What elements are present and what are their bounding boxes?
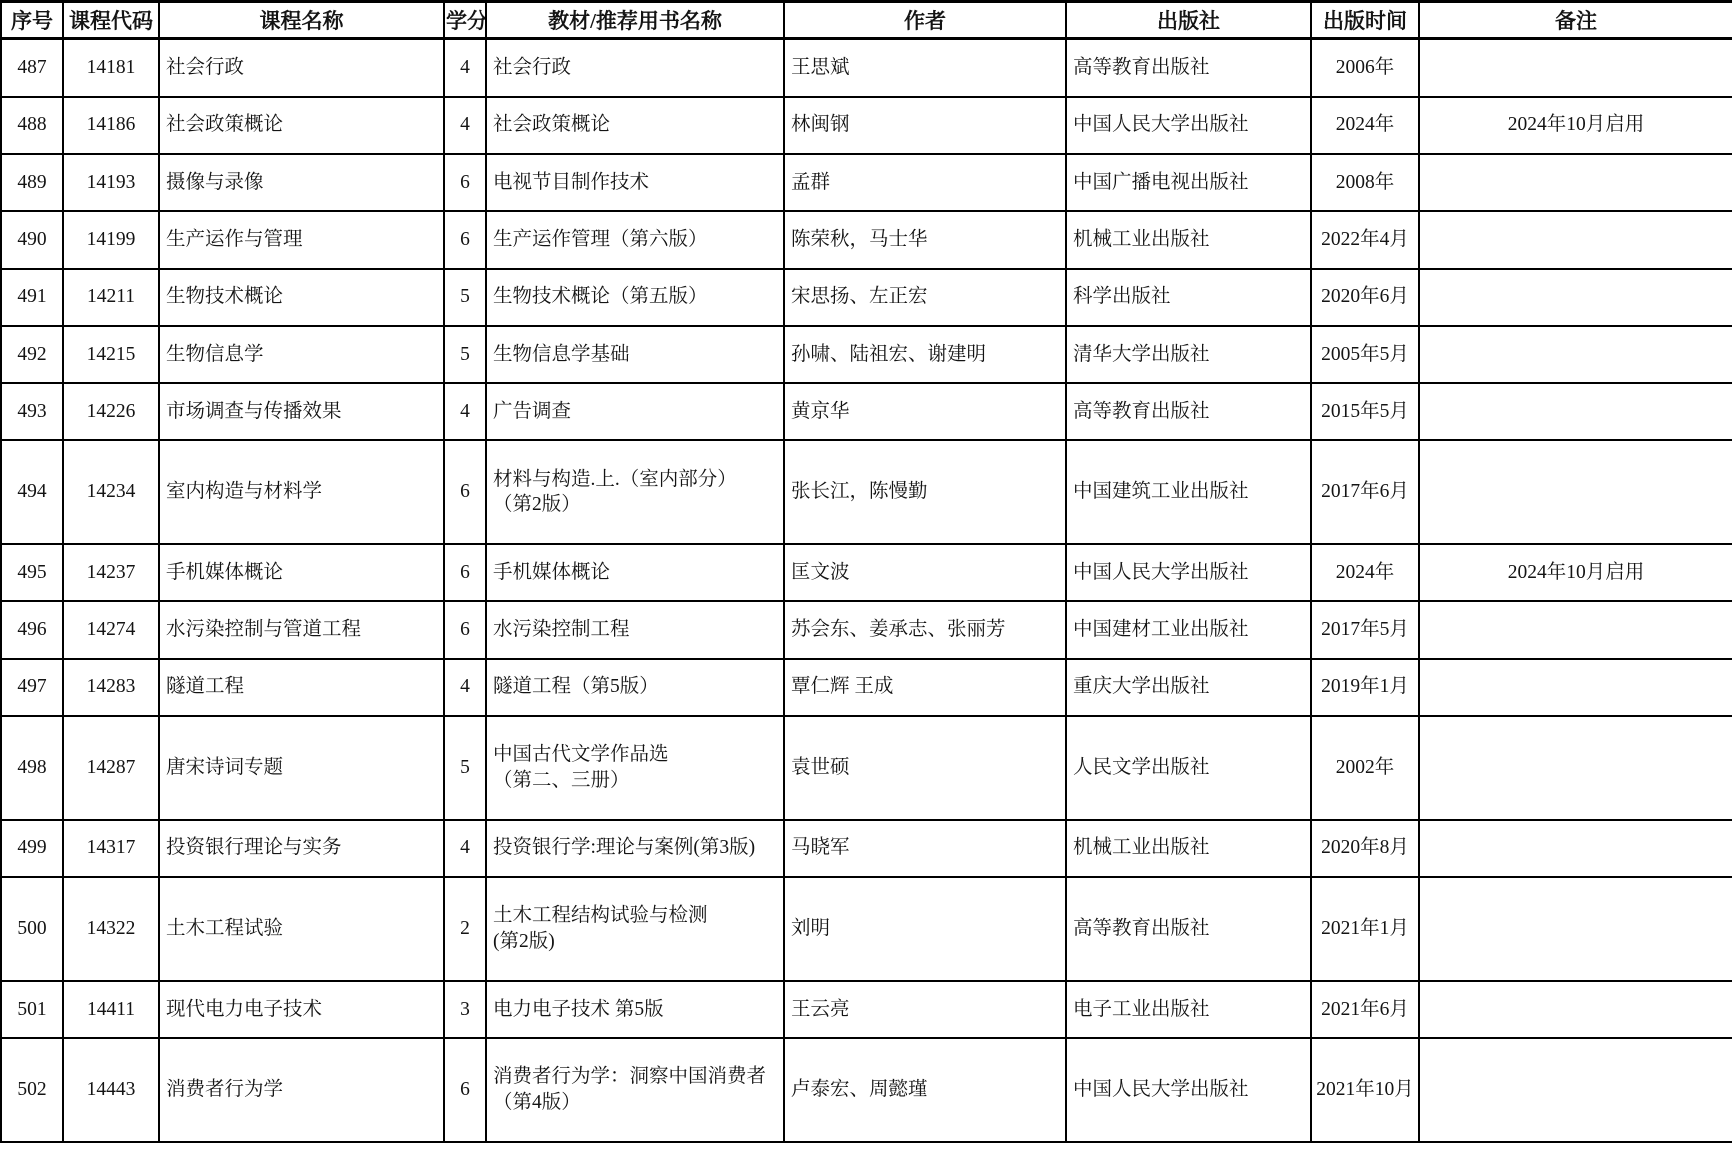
cell-credits: 4	[444, 39, 486, 97]
cell-pub_date: 2019年1月	[1311, 659, 1419, 716]
cell-index: 492	[1, 326, 63, 383]
cell-pub_date: 2020年8月	[1311, 820, 1419, 877]
cell-textbook: 隧道工程（第5版）	[486, 659, 784, 716]
cell-credits: 3	[444, 981, 486, 1038]
table-row: 49914317投资银行理论与实务4投资银行学:理论与案例(第3版)马晓军机械工…	[1, 820, 1732, 877]
cell-code: 14186	[63, 97, 159, 154]
cell-index: 496	[1, 601, 63, 658]
cell-textbook: 社会政策概论	[486, 97, 784, 154]
cell-credits: 4	[444, 97, 486, 154]
cell-pub_date: 2024年	[1311, 97, 1419, 154]
cell-credits: 2	[444, 877, 486, 981]
cell-author: 卢泰宏、周懿瑾	[784, 1038, 1066, 1142]
cell-note	[1419, 326, 1732, 383]
cell-index: 502	[1, 1038, 63, 1142]
cell-textbook: 材料与构造.上.（室内部分） （第2版）	[486, 440, 784, 544]
cell-note: 2024年10月启用	[1419, 544, 1732, 601]
cell-credits: 5	[444, 269, 486, 326]
cell-name: 社会行政	[159, 39, 444, 97]
cell-credits: 6	[444, 601, 486, 658]
column-header-credits: 学分	[444, 2, 486, 39]
cell-index: 500	[1, 877, 63, 981]
table-row: 49714283隧道工程4隧道工程（第5版）覃仁辉 王成重庆大学出版社2019年…	[1, 659, 1732, 716]
cell-textbook: 电力电子技术 第5版	[486, 981, 784, 1038]
table-row: 48814186社会政策概论4社会政策概论林闽钢中国人民大学出版社2024年20…	[1, 97, 1732, 154]
cell-credits: 6	[444, 544, 486, 601]
table-row: 49414234室内构造与材料学6材料与构造.上.（室内部分） （第2版）张长江…	[1, 440, 1732, 544]
cell-publisher: 高等教育出版社	[1066, 877, 1311, 981]
cell-name: 室内构造与材料学	[159, 440, 444, 544]
cell-name: 投资银行理论与实务	[159, 820, 444, 877]
table-row: 48914193摄像与录像6电视节目制作技术孟群中国广播电视出版社2008年	[1, 154, 1732, 211]
cell-index: 487	[1, 39, 63, 97]
cell-author: 王思斌	[784, 39, 1066, 97]
cell-author: 宋思扬、左正宏	[784, 269, 1066, 326]
cell-index: 494	[1, 440, 63, 544]
cell-credits: 4	[444, 383, 486, 440]
cell-note	[1419, 440, 1732, 544]
table-row: 48714181社会行政4社会行政王思斌高等教育出版社2006年	[1, 39, 1732, 97]
table-row: 49214215生物信息学5生物信息学基础孙啸、陆祖宏、谢建明清华大学出版社20…	[1, 326, 1732, 383]
cell-code: 14443	[63, 1038, 159, 1142]
cell-code: 14317	[63, 820, 159, 877]
column-header-pub_date: 出版时间	[1311, 2, 1419, 39]
cell-note	[1419, 601, 1732, 658]
cell-author: 马晓军	[784, 820, 1066, 877]
cell-code: 14181	[63, 39, 159, 97]
cell-code: 14411	[63, 981, 159, 1038]
cell-index: 498	[1, 716, 63, 820]
cell-name: 市场调查与传播效果	[159, 383, 444, 440]
cell-author: 匡文波	[784, 544, 1066, 601]
cell-pub_date: 2017年5月	[1311, 601, 1419, 658]
table-body: 48714181社会行政4社会行政王思斌高等教育出版社2006年48814186…	[1, 39, 1732, 1143]
cell-name: 社会政策概论	[159, 97, 444, 154]
cell-name: 生物信息学	[159, 326, 444, 383]
cell-textbook: 投资银行学:理论与案例(第3版)	[486, 820, 784, 877]
cell-index: 493	[1, 383, 63, 440]
cell-publisher: 机械工业出版社	[1066, 211, 1311, 268]
cell-pub_date: 2021年1月	[1311, 877, 1419, 981]
cell-publisher: 高等教育出版社	[1066, 39, 1311, 97]
cell-pub_date: 2021年6月	[1311, 981, 1419, 1038]
cell-note	[1419, 383, 1732, 440]
cell-name: 消费者行为学	[159, 1038, 444, 1142]
cell-pub_date: 2002年	[1311, 716, 1419, 820]
cell-index: 491	[1, 269, 63, 326]
cell-textbook: 中国古代文学作品选 （第二、三册）	[486, 716, 784, 820]
cell-credits: 6	[444, 154, 486, 211]
table-row: 49514237手机媒体概论6手机媒体概论匡文波中国人民大学出版社2024年20…	[1, 544, 1732, 601]
cell-publisher: 中国人民大学出版社	[1066, 544, 1311, 601]
cell-pub_date: 2008年	[1311, 154, 1419, 211]
cell-author: 孙啸、陆祖宏、谢建明	[784, 326, 1066, 383]
cell-pub_date: 2005年5月	[1311, 326, 1419, 383]
cell-index: 490	[1, 211, 63, 268]
cell-publisher: 中国人民大学出版社	[1066, 97, 1311, 154]
cell-publisher: 中国广播电视出版社	[1066, 154, 1311, 211]
cell-name: 生产运作与管理	[159, 211, 444, 268]
header-row: 序号课程代码课程名称学分教材/推荐用书名称作者出版社出版时间备注	[1, 2, 1732, 39]
column-header-note: 备注	[1419, 2, 1732, 39]
cell-author: 林闽钢	[784, 97, 1066, 154]
cell-note	[1419, 269, 1732, 326]
cell-author: 王云亮	[784, 981, 1066, 1038]
cell-textbook: 生产运作管理（第六版）	[486, 211, 784, 268]
table-row: 49114211生物技术概论5生物技术概论（第五版）宋思扬、左正宏科学出版社20…	[1, 269, 1732, 326]
cell-textbook: 手机媒体概论	[486, 544, 784, 601]
cell-code: 14199	[63, 211, 159, 268]
cell-author: 刘明	[784, 877, 1066, 981]
table-row: 49614274水污染控制与管道工程6水污染控制工程苏会东、姜承志、张丽芳中国建…	[1, 601, 1732, 658]
column-header-name: 课程名称	[159, 2, 444, 39]
cell-pub_date: 2020年6月	[1311, 269, 1419, 326]
cell-pub_date: 2024年	[1311, 544, 1419, 601]
cell-credits: 6	[444, 1038, 486, 1142]
cell-textbook: 社会行政	[486, 39, 784, 97]
cell-name: 水污染控制与管道工程	[159, 601, 444, 658]
cell-code: 14283	[63, 659, 159, 716]
cell-publisher: 科学出版社	[1066, 269, 1311, 326]
cell-code: 14287	[63, 716, 159, 820]
cell-name: 隧道工程	[159, 659, 444, 716]
cell-name: 摄像与录像	[159, 154, 444, 211]
cell-note	[1419, 981, 1732, 1038]
table-row: 49014199生产运作与管理6生产运作管理（第六版）陈荣秋，马士华机械工业出版…	[1, 211, 1732, 268]
cell-textbook: 土木工程结构试验与检测 (第2版)	[486, 877, 784, 981]
cell-credits: 6	[444, 211, 486, 268]
cell-publisher: 人民文学出版社	[1066, 716, 1311, 820]
cell-author: 孟群	[784, 154, 1066, 211]
cell-author: 陈荣秋，马士华	[784, 211, 1066, 268]
cell-note	[1419, 820, 1732, 877]
column-header-index: 序号	[1, 2, 63, 39]
table-row: 49814287唐宋诗词专题5中国古代文学作品选 （第二、三册）袁世硕人民文学出…	[1, 716, 1732, 820]
cell-author: 覃仁辉 王成	[784, 659, 1066, 716]
cell-index: 489	[1, 154, 63, 211]
cell-code: 14234	[63, 440, 159, 544]
cell-note	[1419, 877, 1732, 981]
cell-note: 2024年10月启用	[1419, 97, 1732, 154]
cell-pub_date: 2006年	[1311, 39, 1419, 97]
cell-publisher: 中国建材工业出版社	[1066, 601, 1311, 658]
cell-index: 488	[1, 97, 63, 154]
cell-code: 14322	[63, 877, 159, 981]
cell-publisher: 机械工业出版社	[1066, 820, 1311, 877]
cell-code: 14226	[63, 383, 159, 440]
cell-code: 14211	[63, 269, 159, 326]
cell-name: 生物技术概论	[159, 269, 444, 326]
cell-textbook: 生物技术概论（第五版）	[486, 269, 784, 326]
cell-textbook: 水污染控制工程	[486, 601, 784, 658]
cell-publisher: 清华大学出版社	[1066, 326, 1311, 383]
table-row: 49314226市场调查与传播效果4广告调查黄京华高等教育出版社2015年5月	[1, 383, 1732, 440]
cell-credits: 4	[444, 820, 486, 877]
cell-code: 14237	[63, 544, 159, 601]
column-header-publisher: 出版社	[1066, 2, 1311, 39]
cell-credits: 5	[444, 716, 486, 820]
cell-publisher: 电子工业出版社	[1066, 981, 1311, 1038]
column-header-code: 课程代码	[63, 2, 159, 39]
cell-pub_date: 2022年4月	[1311, 211, 1419, 268]
cell-name: 土木工程试验	[159, 877, 444, 981]
table-row: 50114411现代电力电子技术3电力电子技术 第5版王云亮电子工业出版社202…	[1, 981, 1732, 1038]
cell-name: 唐宋诗词专题	[159, 716, 444, 820]
cell-publisher: 重庆大学出版社	[1066, 659, 1311, 716]
cell-pub_date: 2015年5月	[1311, 383, 1419, 440]
cell-publisher: 高等教育出版社	[1066, 383, 1311, 440]
document-page: 序号课程代码课程名称学分教材/推荐用书名称作者出版社出版时间备注 4871418…	[0, 0, 1732, 1149]
cell-textbook: 广告调查	[486, 383, 784, 440]
cell-note	[1419, 154, 1732, 211]
course-textbook-table: 序号课程代码课程名称学分教材/推荐用书名称作者出版社出版时间备注 4871418…	[0, 0, 1732, 1143]
cell-author: 袁世硕	[784, 716, 1066, 820]
cell-index: 501	[1, 981, 63, 1038]
cell-author: 张长江，陈慢勤	[784, 440, 1066, 544]
cell-note	[1419, 659, 1732, 716]
cell-pub_date: 2017年6月	[1311, 440, 1419, 544]
cell-author: 苏会东、姜承志、张丽芳	[784, 601, 1066, 658]
table-row: 50214443消费者行为学6消费者行为学：洞察中国消费者 （第4版）卢泰宏、周…	[1, 1038, 1732, 1142]
cell-index: 495	[1, 544, 63, 601]
cell-code: 14215	[63, 326, 159, 383]
cell-note	[1419, 716, 1732, 820]
cell-textbook: 生物信息学基础	[486, 326, 784, 383]
cell-code: 14193	[63, 154, 159, 211]
cell-pub_date: 2021年10月	[1311, 1038, 1419, 1142]
cell-author: 黄京华	[784, 383, 1066, 440]
column-header-textbook: 教材/推荐用书名称	[486, 2, 784, 39]
cell-index: 497	[1, 659, 63, 716]
table-row: 50014322土木工程试验2土木工程结构试验与检测 (第2版)刘明高等教育出版…	[1, 877, 1732, 981]
cell-code: 14274	[63, 601, 159, 658]
cell-note	[1419, 211, 1732, 268]
cell-index: 499	[1, 820, 63, 877]
cell-note	[1419, 1038, 1732, 1142]
cell-credits: 4	[444, 659, 486, 716]
cell-name: 现代电力电子技术	[159, 981, 444, 1038]
cell-name: 手机媒体概论	[159, 544, 444, 601]
cell-note	[1419, 39, 1732, 97]
cell-textbook: 电视节目制作技术	[486, 154, 784, 211]
cell-credits: 6	[444, 440, 486, 544]
cell-credits: 5	[444, 326, 486, 383]
cell-publisher: 中国人民大学出版社	[1066, 1038, 1311, 1142]
column-header-author: 作者	[784, 2, 1066, 39]
cell-textbook: 消费者行为学：洞察中国消费者 （第4版）	[486, 1038, 784, 1142]
cell-publisher: 中国建筑工业出版社	[1066, 440, 1311, 544]
